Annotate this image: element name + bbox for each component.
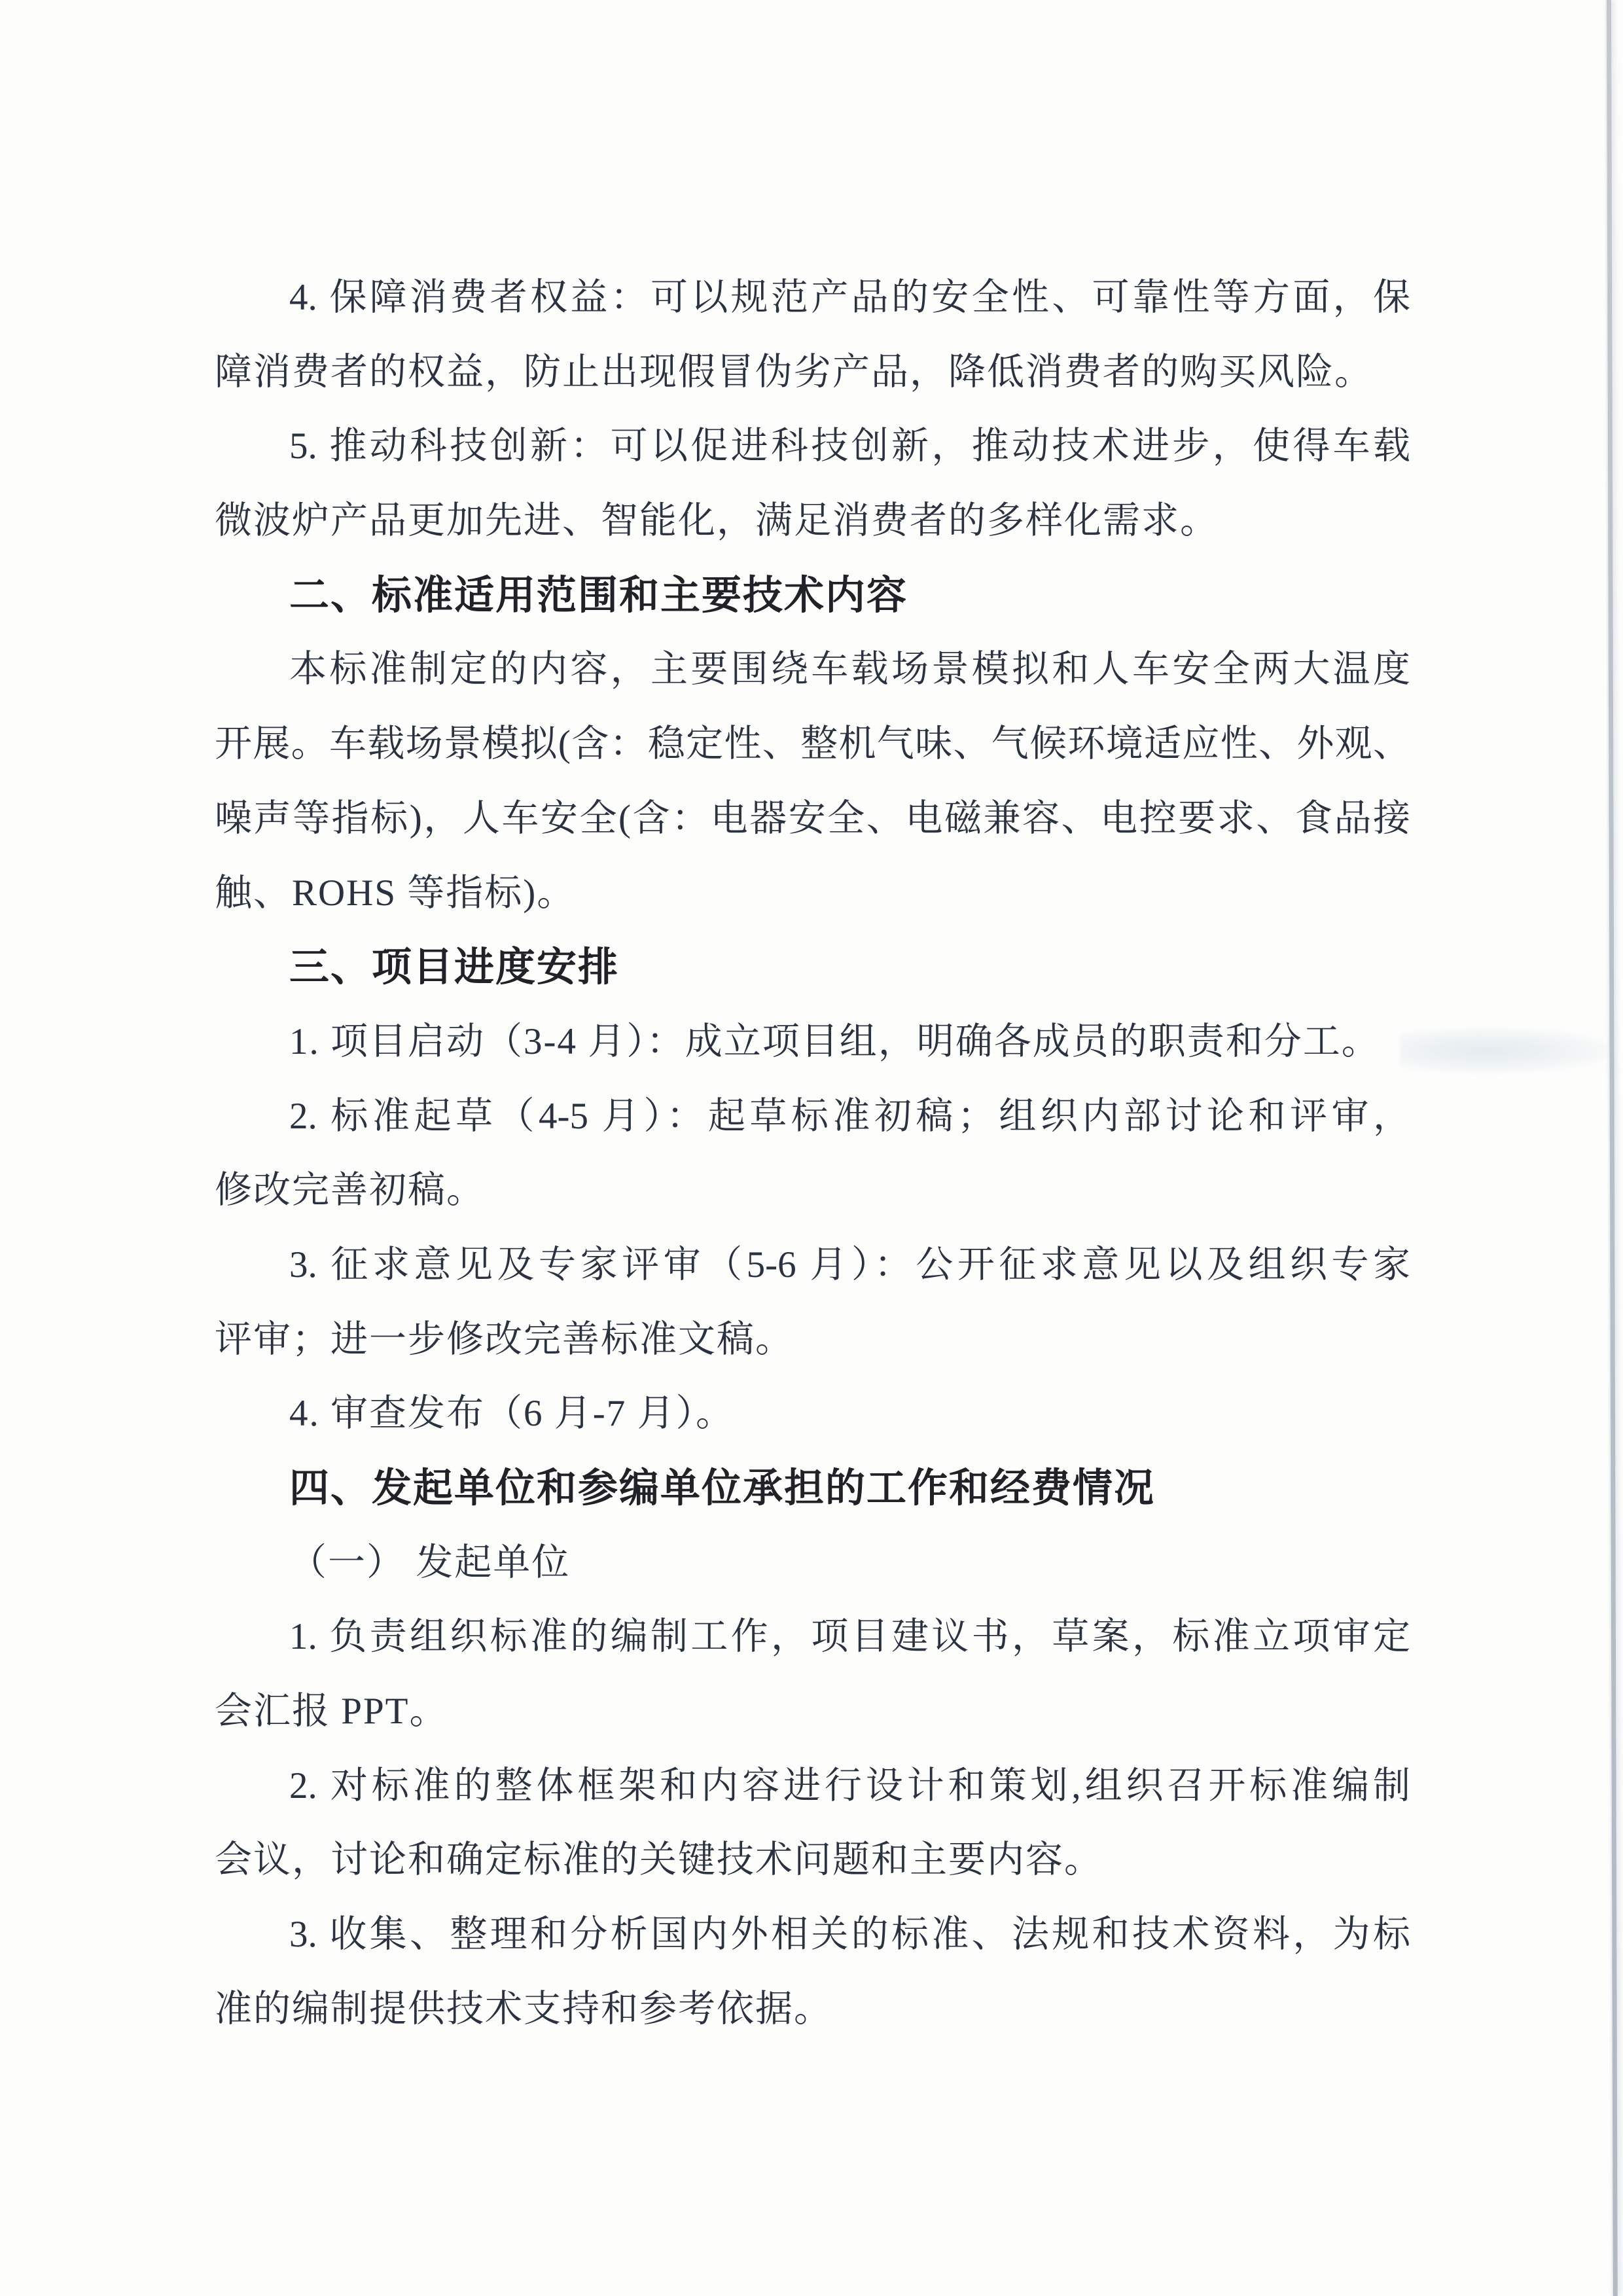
text-line: 修改完善初稿。: [215, 1153, 1410, 1228]
text-line: 3. 收集、整理和分析国内外相关的标准、法规和技术资料，为标: [215, 1897, 1410, 1972]
text-line: 噪声等指标)，人车安全(含：电器安全、电磁兼容、电控要求、食品接: [215, 781, 1410, 856]
text-line: 5. 推动科技创新：可以促进科技创新，推动技术进步，使得车载: [215, 409, 1410, 484]
text-line: 障消费者的权益，防止出现假冒伪劣产品，降低消费者的购买风险。: [215, 335, 1410, 410]
text-line: 评审；进一步修改完善标准文稿。: [215, 1302, 1410, 1377]
section-heading-line: 四、发起单位和参编单位承担的工作和经费情况: [215, 1451, 1410, 1526]
scan-edge-artifact: [1607, 0, 1618, 2296]
text-line: 4. 保障消费者权益：可以规范产品的安全性、可靠性等方面，保: [215, 260, 1410, 335]
text-line: 准的编制提供技术支持和参考依据。: [215, 1972, 1410, 2047]
scan-smudge-artifact: [1400, 1028, 1616, 1073]
text-line: 会议，讨论和确定标准的关键技术问题和主要内容。: [215, 1823, 1410, 1897]
text-line: 2. 对标准的整体框架和内容进行设计和策划,组织召开标准编制: [215, 1749, 1410, 1823]
text-line: 2. 标准起草（4-5 月）：起草标准初稿；组织内部讨论和评审，: [215, 1079, 1410, 1154]
text-line: 触、ROHS 等指标)。: [215, 856, 1410, 931]
text-line: 1. 项目启动（3-4 月）：成立项目组，明确各成员的职责和分工。: [215, 1005, 1410, 1079]
text-line: 4. 审查发布（6 月-7 月）。: [215, 1376, 1410, 1451]
text-line: 会汇报 PPT。: [215, 1674, 1410, 1749]
document-body: 4. 保障消费者权益：可以规范产品的安全性、可靠性等方面，保障消费者的权益，防止…: [215, 260, 1410, 2047]
text-line: 微波炉产品更加先进、智能化，满足消费者的多样化需求。: [215, 484, 1410, 558]
document-page: 4. 保障消费者权益：可以规范产品的安全性、可靠性等方面，保障消费者的权益，防止…: [0, 0, 1623, 2296]
text-line: 本标准制定的内容，主要围绕车载场景模拟和人车安全两大温度: [215, 632, 1410, 707]
text-line: 3. 征求意见及专家评审（5-6 月）：公开征求意见以及组织专家: [215, 1228, 1410, 1302]
text-line: 1. 负责组织标准的编制工作，项目建议书，草案，标准立项审定: [215, 1600, 1410, 1674]
section-heading-line: 二、标准适用范围和主要技术内容: [215, 558, 1410, 633]
text-line: （一） 发起单位: [215, 1526, 1410, 1600]
text-line: 开展。车载场景模拟(含：稳定性、整机气味、气候环境适应性、外观、: [215, 707, 1410, 781]
section-heading-line: 三、项目进度安排: [215, 930, 1410, 1005]
